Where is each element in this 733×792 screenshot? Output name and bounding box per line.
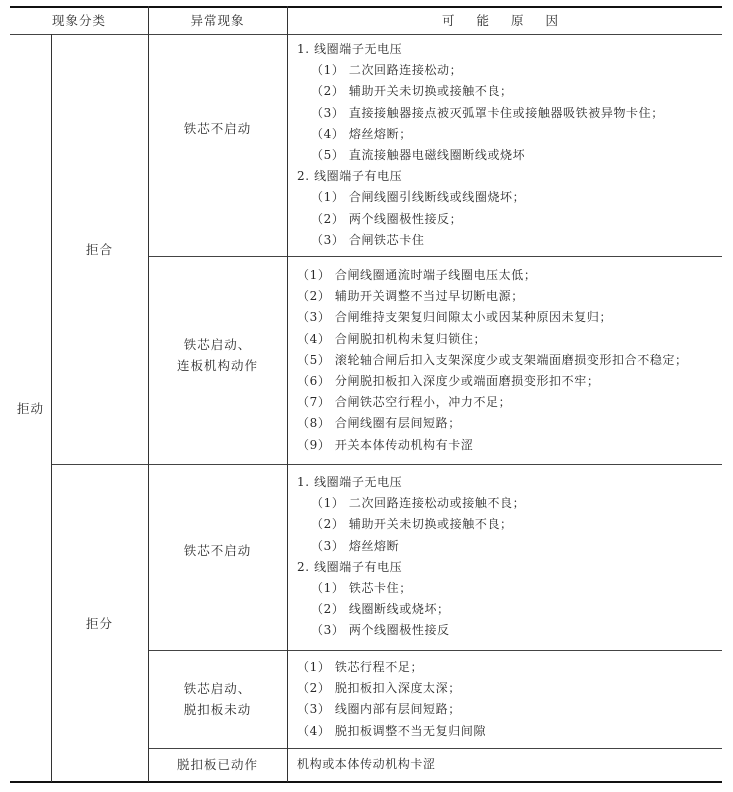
cause-item: （2） 辅助开关未切换或接触不良； [297,81,664,102]
group-refuse-close: 拒合 [51,34,148,464]
cause-list: 机构或本体传动机构卡涩 [297,754,436,775]
cause-item: （2） 辅助开关未切换或接触不良； [297,514,525,535]
cause-item: （3） 合闸铁芯卡住 [297,230,664,251]
cause-item: （1） 合闸线圈通流时端子线圈电压太低； [297,265,688,286]
cause-list: 1. 线圈端子无电压 （1） 二次回路连接松动或接触不良； （2） 辅助开关未切… [297,472,525,642]
cause-item: （2） 辅助开关调整不当过早切断电源； [297,286,688,307]
cause-item: （5） 直流接触器电磁线圈断线或烧坏 [297,145,664,166]
phenomenon-line: 连板机构动作 [177,355,258,376]
cause-item: （2） 脱扣板扣入深度太深； [297,678,486,699]
cause-item: （1） 二次回路连接松动或接触不良； [297,493,525,514]
cause-heading: 2. 线圈端子有电压 [297,166,664,187]
category-refuse-to-operate: 拒动 [10,34,51,782]
cause-list: （1） 铁芯行程不足； （2） 脱扣板扣入深度太深； （3） 线圈内部有层间短路… [297,657,486,742]
cause-item: （1） 合闸线圈引线断线或线圈烧坏； [297,187,664,208]
cause-item: （1） 铁芯卡住； [297,578,525,599]
phenomenon-line: 铁芯启动、 [184,678,252,699]
cause-item: （2） 两个线圈极性接反； [297,209,664,230]
cause-item: （2） 线圈断线或烧坏； [297,599,525,620]
cause-item: 机构或本体传动机构卡涩 [297,754,436,775]
cause-item: （6） 分闸脱扣板扣入深度少或端面磨损变形扣不牢； [297,371,688,392]
phenomenon-line: 铁芯启动、 [177,334,258,355]
cause-item: （3） 合闸维持支架复归间隙太小或因某种原因未复归； [297,307,688,328]
cause-list: 1. 线圈端子无电压 （1） 二次回路连接松动； （2） 辅助开关未切换或接触不… [297,39,664,251]
group-refuse-open: 拒分 [51,464,148,782]
phenomenon-line: 脱扣板已动作 [177,754,258,775]
phenomenon-line: 铁芯不启动 [184,540,252,561]
header-category: 现象分类 [10,7,148,34]
phenomenon-cell: 铁芯不启动 [148,464,287,650]
phenomenon-cell: 铁芯启动、 连板机构动作 [148,256,287,464]
phenomenon-cell: 铁芯不启动 [148,34,287,256]
cause-item: （3） 直接接触器接点被灭弧罩卡住或接触器吸铁被异物卡住； [297,103,664,124]
cause-list: （1） 合闸线圈通流时端子线圈电压太低； （2） 辅助开关调整不当过早切断电源；… [297,265,688,456]
cause-item: （1） 二次回路连接松动； [297,60,664,81]
phenomenon-cell: 铁芯启动、 脱扣板未动 [148,650,287,748]
cause-item: （8） 合闸线圈有层间短路； [297,413,688,434]
cause-item: （1） 铁芯行程不足； [297,657,486,678]
cause-item: （3） 线圈内部有层间短路； [297,699,486,720]
fault-table: 现象分类 异常现象 可 能 原 因 拒动 拒合 拒分 铁芯不启动 铁芯启动、 连… [10,6,722,782]
phenomenon-line: 脱扣板未动 [184,699,252,720]
phenomenon-cell: 脱扣板已动作 [148,748,287,781]
header-phenomenon: 异常现象 [148,7,287,34]
cause-item: （5） 滚轮轴合闸后扣入支架深度少或支架端面磨损变形扣合不稳定； [297,350,688,371]
cause-item: （7） 合闸铁芯空行程小，冲力不足； [297,392,688,413]
col-divider-3 [287,6,288,782]
cause-item: （3） 两个线圈极性接反 [297,620,525,641]
header-cause: 可 能 原 因 [287,7,722,34]
cause-heading: 1. 线圈端子无电压 [297,39,664,60]
cause-heading: 2. 线圈端子有电压 [297,557,525,578]
cause-item: （9） 开关本体传动机构有卡涩 [297,435,688,456]
cause-item: （4） 熔丝熔断； [297,124,664,145]
phenomenon-line: 铁芯不启动 [184,118,252,139]
cause-item: （4） 脱扣板调整不当无复归间隙 [297,721,486,742]
cause-item: （4） 合闸脱扣机构未复归锁住； [297,329,688,350]
cause-heading: 1. 线圈端子无电压 [297,472,525,493]
cause-item: （3） 熔丝熔断 [297,536,525,557]
